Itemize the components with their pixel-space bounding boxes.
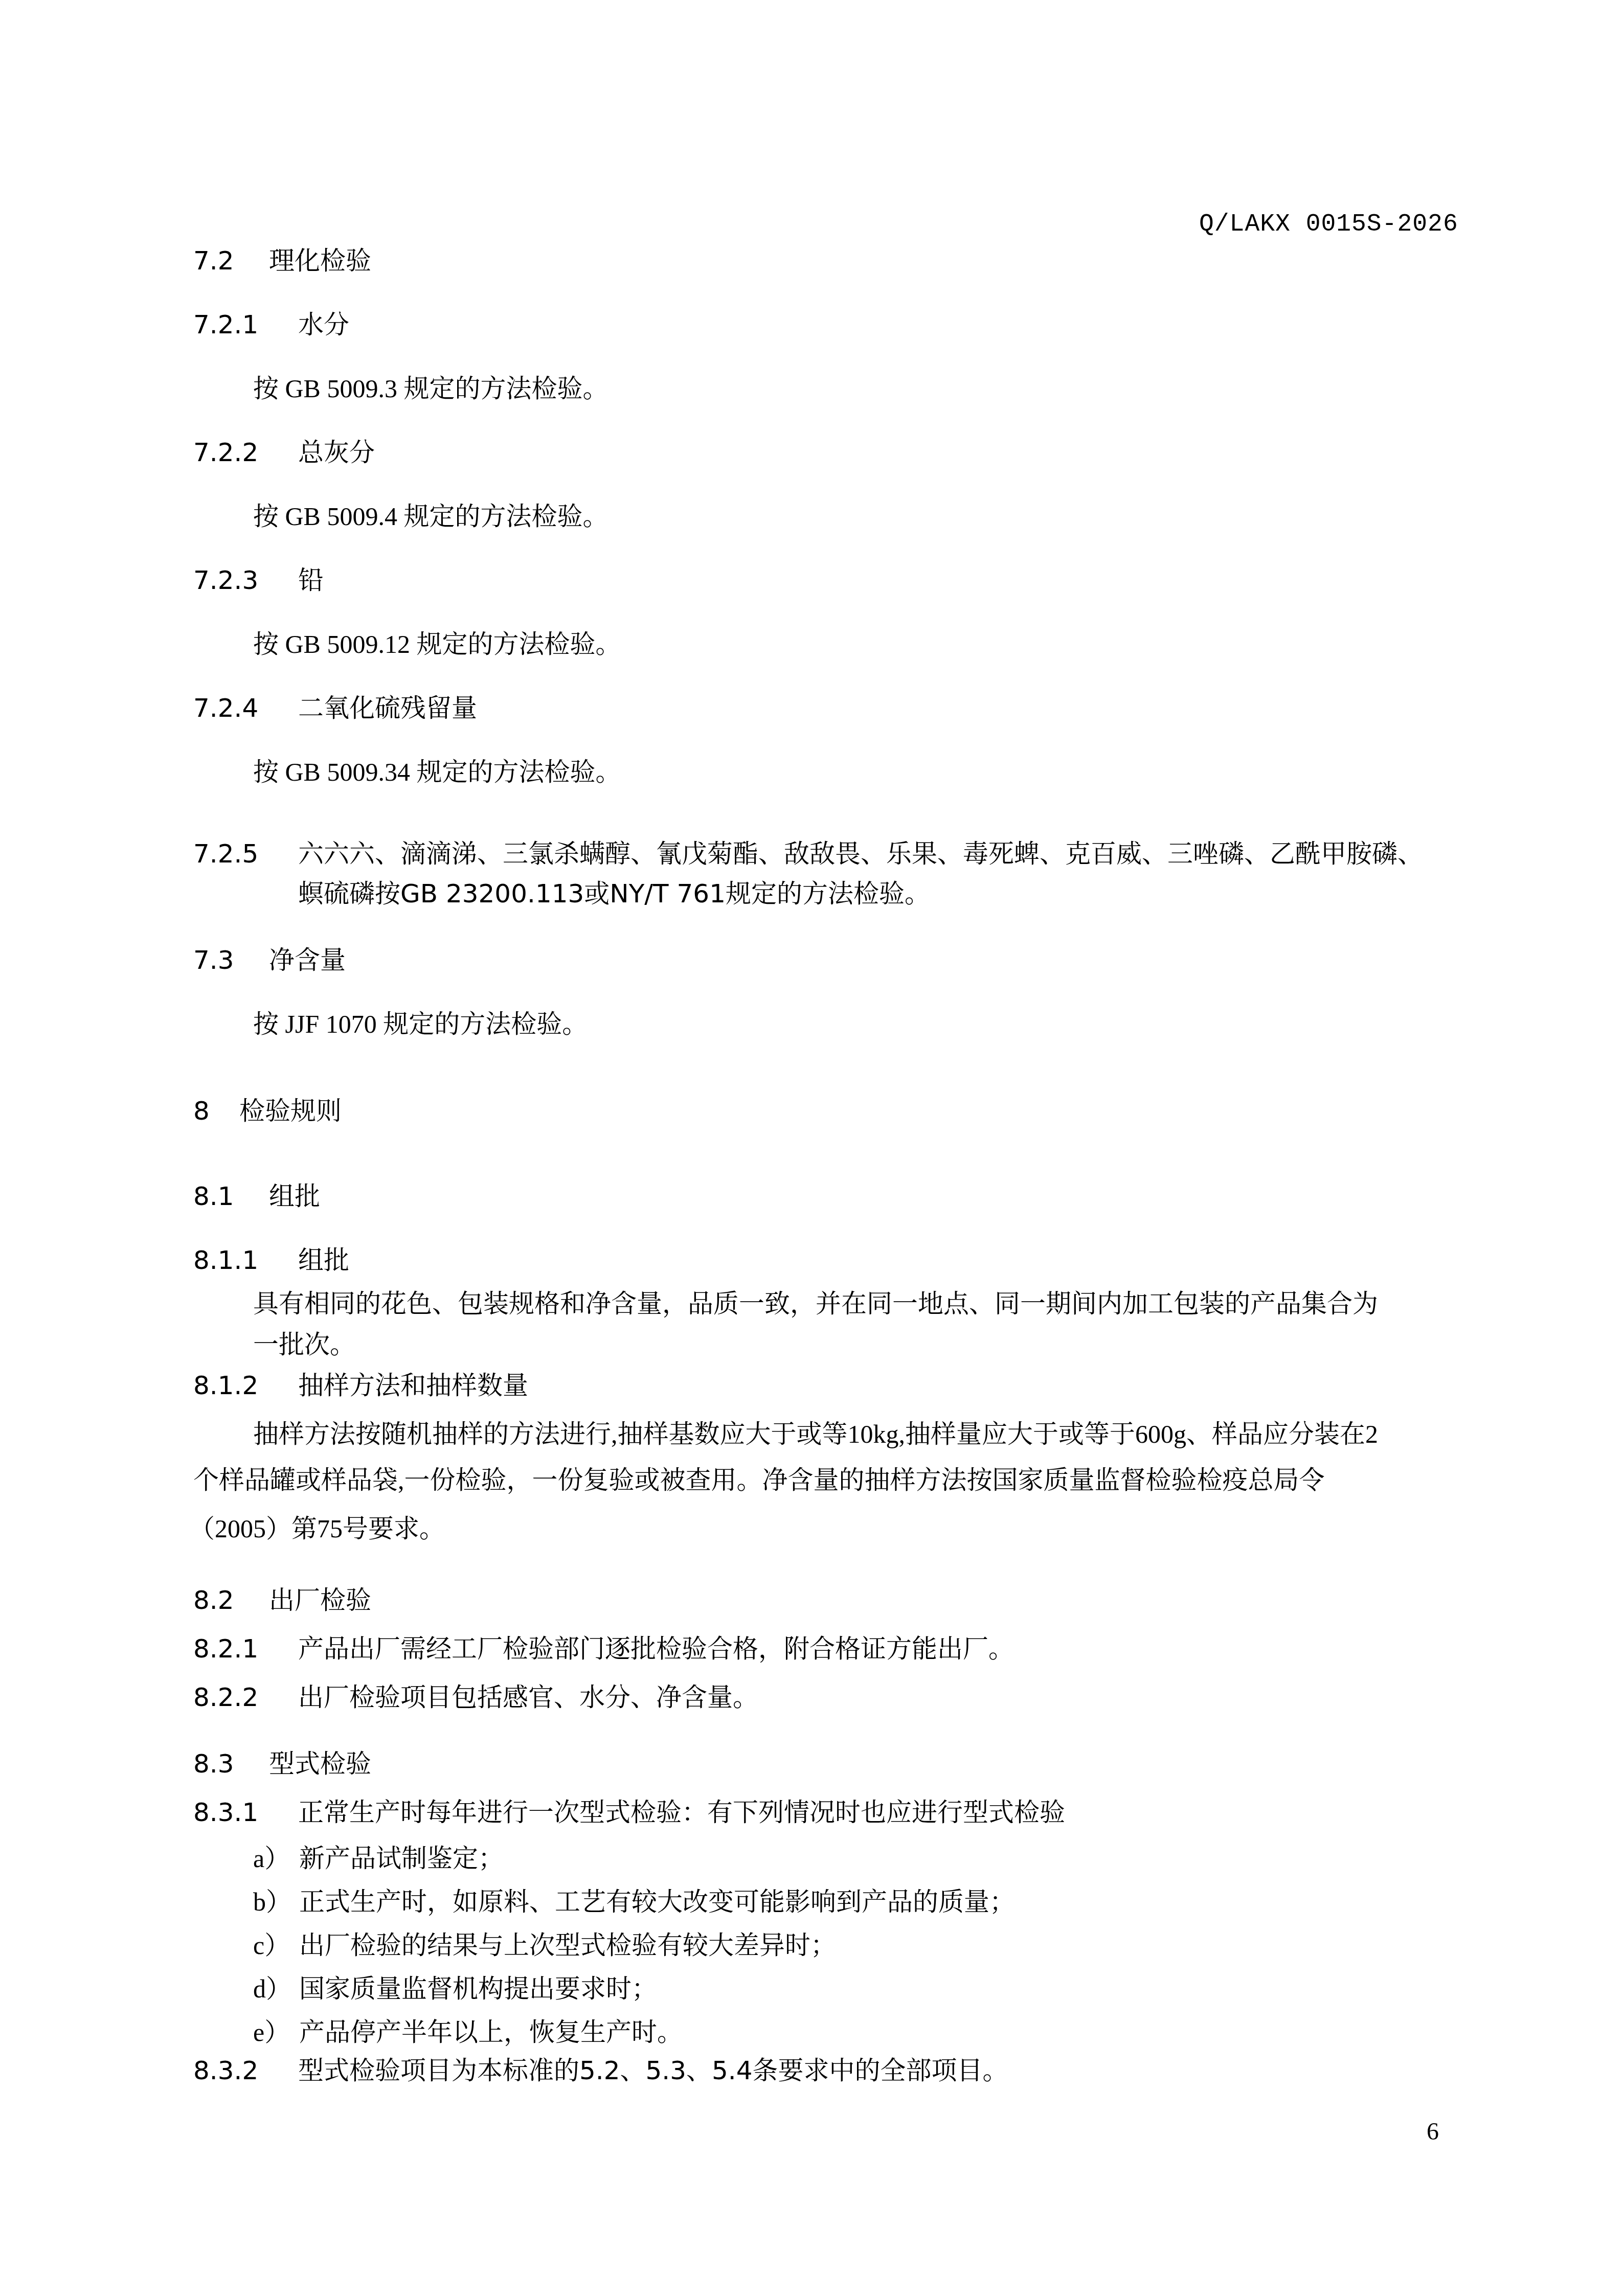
section-title: 组批 [298, 1245, 349, 1276]
section-number: 7.2.2 [193, 437, 298, 468]
section-title: 理化检验 [269, 245, 371, 276]
section-heading-8-3: 8.3型式检验 [193, 1748, 371, 1779]
section-body: 按 GB 5009.4 规定的方法检验。 [253, 501, 608, 532]
section-text-line: 螟硫磷按GB 23200.113或NY/T 761规定的方法检验。 [298, 878, 930, 909]
list-item: a）新产品试制鉴定； [253, 1843, 504, 1874]
section-text: 产品出厂需经工厂检验部门逐批检验合格，附合格证方能出厂。 [298, 1633, 1014, 1664]
list-label: c） [253, 1930, 299, 1961]
list-item: b）正式生产时，如原料、工艺有较大改变可能影响到产品的质量； [253, 1886, 1015, 1917]
section-title: 总灰分 [298, 437, 375, 468]
list-item: d）国家质量监督机构提出要求时； [253, 1973, 657, 2004]
section-heading-7-2-5: 7.2.5六六六、滴滴涕、三氯杀螨醇、氰戊菊酯、敌敌畏、乐果、毒死蜱、克百威、三… [193, 838, 1423, 869]
section-heading-7-2-1: 7.2.1水分 [193, 309, 349, 340]
section-body-line: 个样品罐或样品袋,一份检验，一份复验或被查用。净含量的抽样方法按国家质量监督检验… [193, 1465, 1325, 1495]
section-title: 水分 [298, 309, 349, 340]
section-title: 净含量 [269, 945, 346, 975]
list-item: e）产品停产半年以上，恢复生产时。 [253, 2017, 683, 2048]
section-heading-8-1-2: 8.1.2抽样方法和抽样数量 [193, 1370, 528, 1401]
section-number: 7.2.4 [193, 693, 298, 723]
chapter-heading-8: 8检验规则 [193, 1096, 342, 1126]
section-body-line: 一批次。 [253, 1329, 355, 1360]
section-heading-7-2-3: 7.2.3铅 [193, 565, 324, 596]
section-text: 出厂检验项目包括感官、水分、净含量。 [298, 1682, 758, 1713]
section-number: 8.3.1 [193, 1797, 298, 1828]
section-body: 按 GB 5009.3 规定的方法检验。 [253, 373, 608, 404]
section-body-line: 具有相同的花色、包装规格和净含量，品质一致，并在同一地点、同一期间内加工包装的产… [253, 1288, 1378, 1319]
section-number: 8.3.2 [193, 2055, 298, 2086]
list-text: 新产品试制鉴定； [299, 1844, 504, 1873]
list-text: 产品停产半年以上，恢复生产时。 [299, 2018, 683, 2047]
section-text: 正常生产时每年进行一次型式检验：有下列情况时也应进行型式检验 [298, 1797, 1065, 1828]
page-number: 6 [1427, 2118, 1439, 2146]
section-heading-8-1: 8.1组批 [193, 1181, 320, 1212]
list-label: d） [253, 1973, 299, 2004]
section-heading-7-2-4: 7.2.4二氧化硫残留量 [193, 693, 477, 723]
section-number: 7.2.5 [193, 838, 298, 869]
list-text: 正式生产时，如原料、工艺有较大改变可能影响到产品的质量； [299, 1888, 1015, 1916]
section-item-8-3-2: 8.3.2型式检验项目为本标准的5.2、5.3、5.4条要求中的全部项目。 [193, 2055, 1008, 2086]
section-number: 8.2.1 [193, 1633, 298, 1664]
section-number: 8.2 [193, 1585, 269, 1616]
section-text-line: 六六六、滴滴涕、三氯杀螨醇、氰戊菊酯、敌敌畏、乐果、毒死蜱、克百威、三唑磷、乙酰… [298, 838, 1423, 869]
section-number: 8.1 [193, 1181, 269, 1212]
section-heading-7-3: 7.3净含量 [193, 945, 346, 975]
list-label: e） [253, 2017, 299, 2048]
section-number: 8.3 [193, 1748, 269, 1779]
document-id: Q/LAKX 0015S-2026 [1199, 211, 1458, 238]
section-heading-7-2: 7.2理化检验 [193, 245, 371, 276]
section-text: 型式检验项目为本标准的5.2、5.3、5.4条要求中的全部项目。 [298, 2055, 1008, 2086]
section-heading-8-2: 8.2出厂检验 [193, 1585, 371, 1616]
section-number: 7.2 [193, 245, 269, 276]
section-number: 8.2.2 [193, 1682, 298, 1713]
section-number: 8 [193, 1096, 239, 1126]
section-title: 抽样方法和抽样数量 [298, 1370, 528, 1401]
section-heading-8-1-1: 8.1.1组批 [193, 1245, 349, 1276]
section-title: 二氧化硫残留量 [298, 693, 477, 723]
section-title: 组批 [269, 1181, 320, 1212]
section-title: 出厂检验 [269, 1585, 371, 1616]
section-item-8-2-2: 8.2.2出厂检验项目包括感官、水分、净含量。 [193, 1682, 758, 1713]
section-item-8-3-1: 8.3.1正常生产时每年进行一次型式检验：有下列情况时也应进行型式检验 [193, 1797, 1065, 1828]
list-label: b） [253, 1886, 299, 1917]
document-page: Q/LAKX 0015S-2026 7.2理化检验 7.2.1水分 按 GB 5… [0, 0, 1624, 2296]
section-number: 8.1.1 [193, 1245, 298, 1276]
section-title: 型式检验 [269, 1748, 371, 1779]
section-body: 按 GB 5009.34 规定的方法检验。 [253, 757, 621, 787]
section-number: 7.2.3 [193, 565, 298, 596]
section-number: 8.1.2 [193, 1370, 298, 1401]
section-number: 7.3 [193, 945, 269, 975]
list-text: 国家质量监督机构提出要求时； [299, 1974, 657, 2003]
section-body-line: （2005）第75号要求。 [189, 1513, 445, 1544]
section-number: 7.2.1 [193, 309, 298, 340]
section-body-line: 抽样方法按随机抽样的方法进行,抽样基数应大于或等10kg,抽样量应大于或等于60… [253, 1419, 1378, 1449]
list-item: c）出厂检验的结果与上次型式检验有较大差异时； [253, 1930, 836, 1961]
section-body: 按 JJF 1070 规定的方法检验。 [253, 1009, 588, 1039]
section-title: 检验规则 [239, 1096, 342, 1126]
section-title: 铅 [298, 565, 324, 596]
list-text: 出厂检验的结果与上次型式检验有较大差异时； [299, 1931, 836, 1960]
section-body: 按 GB 5009.12 规定的方法检验。 [253, 629, 621, 660]
section-item-8-2-1: 8.2.1产品出厂需经工厂检验部门逐批检验合格，附合格证方能出厂。 [193, 1633, 1014, 1664]
list-label: a） [253, 1843, 299, 1874]
section-heading-7-2-2: 7.2.2总灰分 [193, 437, 375, 468]
